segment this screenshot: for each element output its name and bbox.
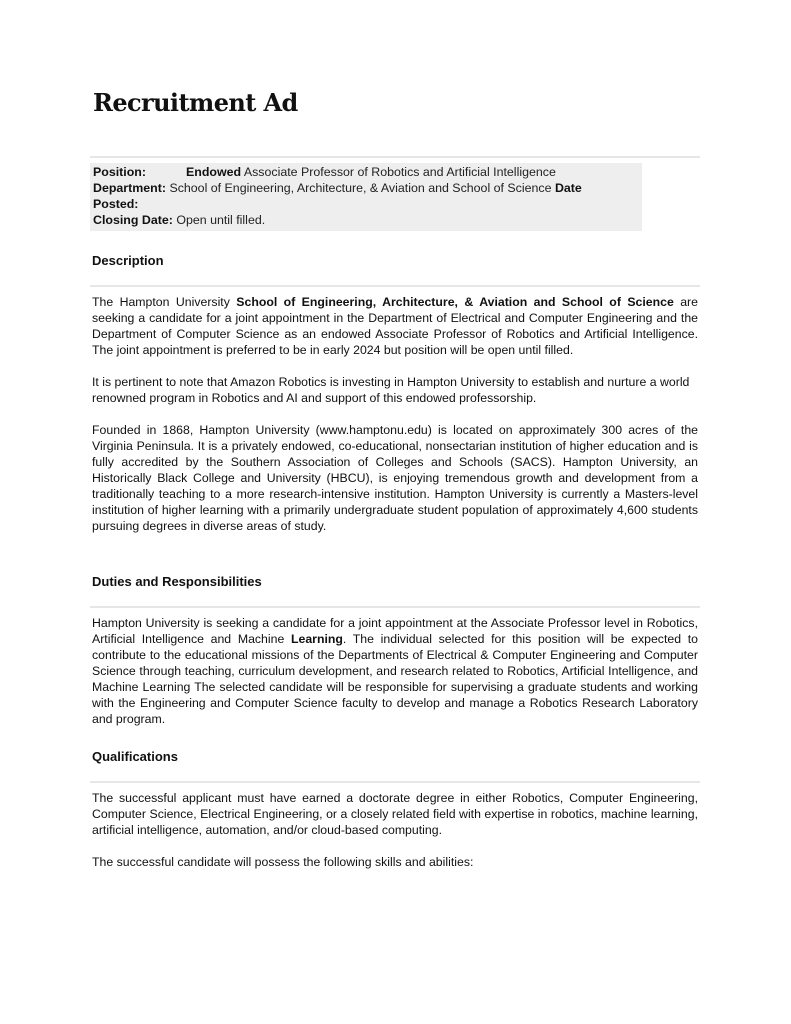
document-page: Recruitment Ad Position:Endowed Associat… [0, 0, 791, 1024]
duties-bold: Learning [291, 632, 343, 646]
department-label: Department: [93, 181, 166, 195]
department-value: School of Engineering, Architecture, & A… [169, 181, 551, 195]
position-line: Position:Endowed Associate Professor of … [93, 164, 642, 180]
duties-text: . The individual selected for this posit… [92, 632, 698, 726]
position-bold: Endowed [186, 165, 241, 179]
position-label: Position: [93, 165, 146, 179]
divider [90, 156, 700, 158]
description-paragraph-3: Founded in 1868, Hampton University (www… [92, 422, 698, 534]
closing-date-line: Closing Date: Open until filled. [93, 212, 642, 228]
position-value: Associate Professor of Robotics and Arti… [244, 165, 556, 179]
description-heading: Description [92, 253, 164, 268]
duties-paragraph: Hampton University is seeking a candidat… [92, 615, 698, 727]
department-line: Department: School of Engineering, Archi… [93, 180, 642, 196]
date-posted-label: Date [555, 181, 582, 195]
description-schools: School of Engineering, Architecture, & A… [236, 295, 674, 309]
divider [90, 781, 700, 783]
closing-date-label: Closing Date: [93, 213, 173, 227]
description-paragraph-2: It is pertinent to note that Amazon Robo… [92, 374, 698, 406]
date-posted-label-cont: Posted: [93, 197, 138, 211]
description-text: The Hampton University [92, 295, 236, 309]
description-paragraph-1: The Hampton University School of Enginee… [92, 294, 698, 358]
date-posted-line: Posted: [93, 196, 642, 212]
divider [90, 606, 700, 608]
closing-date-value: Open until filled. [176, 213, 265, 227]
duties-heading: Duties and Responsibilities [92, 574, 262, 589]
page-title: Recruitment Ad [93, 88, 298, 117]
qualifications-heading: Qualifications [92, 749, 178, 764]
divider [90, 285, 700, 287]
qualifications-paragraph-2: The successful candidate will possess th… [92, 854, 698, 870]
job-meta-box: Position:Endowed Associate Professor of … [90, 163, 642, 231]
qualifications-paragraph-1: The successful applicant must have earne… [92, 790, 698, 838]
